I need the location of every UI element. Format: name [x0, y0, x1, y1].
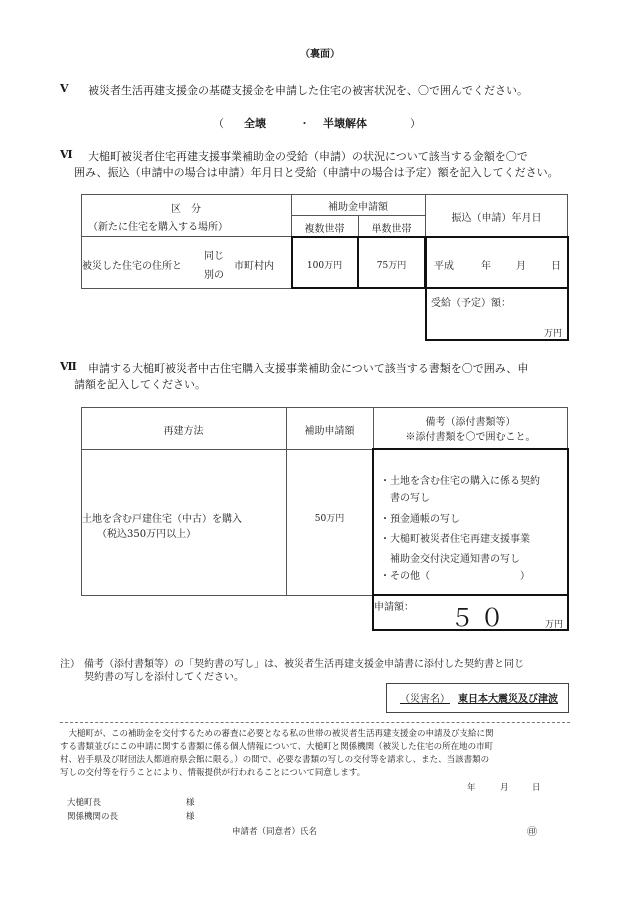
multi-amount: 100万円 [291, 258, 358, 271]
section-v-paren-open: （ [213, 115, 224, 131]
disaster-name: 東日本大震災及び津波 [458, 690, 558, 705]
option-separator: ・ [299, 115, 310, 131]
table-border [81, 288, 291, 289]
header-multi-household: 複数世帯 [291, 220, 358, 235]
received-unit: 万円 [544, 326, 562, 339]
apply-value: ５０ [450, 598, 510, 633]
addressee-mayor: 大槌町長 [67, 796, 101, 808]
consent-date-month: 月 [500, 781, 509, 793]
note-prefix: 注） [60, 655, 80, 670]
date-era: 平成 [434, 257, 454, 272]
apply-unit: 万円 [545, 617, 563, 630]
attachment-item-cont: 書の写し [380, 489, 430, 504]
section-vi-numeral: Ⅵ [60, 148, 73, 161]
date-year: 年 [481, 257, 491, 272]
consent-line2: する書類並びにこの申請に関する書類に係る個人情報について、大槌町と関係機関（被災… [60, 740, 493, 752]
header-method: 再建方法 [81, 422, 286, 437]
consent-date-year: 年 [467, 781, 476, 793]
note-line2: 契約書の写しを添付してください。 [84, 668, 244, 683]
attachment-item[interactable]: ・土地を含む住宅の購入に係る契約 [380, 472, 540, 487]
honorific-1: 様 [186, 796, 195, 808]
attachment-item[interactable]: ・大槌町被災者住宅再建支援事業 [380, 530, 530, 545]
header-category: 区 分 [81, 200, 291, 215]
date-month: 月 [516, 257, 526, 272]
option-hankai-kaitai[interactable]: 半壊解体 [323, 115, 367, 131]
consent-line4: 写しの交付等を行うことにより、情報提供が行われることについて同意します。 [60, 766, 365, 778]
attachment-item[interactable]: ・預金通帳の写し [380, 510, 460, 525]
header-single-household: 単数世帯 [358, 220, 425, 235]
row-label-suffix: 市町村内 [234, 257, 274, 272]
section-vii-numeral: Ⅶ [60, 360, 77, 373]
dashed-separator [60, 722, 570, 723]
disaster-label: （災害名） [400, 690, 450, 705]
page-label: （裏面） [300, 45, 340, 60]
header-amount: 補助申請額 [286, 422, 373, 437]
section-vi-line2: 囲み、振込（申請中の場合は申請）年月日と受給（申請中の場合は予定）額を記入してく… [74, 164, 559, 180]
method-text: 土地を含む戸建住宅（中古）を購入 [82, 510, 242, 525]
header-transfer-date: 振込（申請）年月日 [425, 209, 568, 224]
received-label: 受給（予定）額： [431, 294, 511, 309]
header-category-sub: （新たに住宅を購入する場所） [88, 218, 228, 233]
seal-icon: ㊞ [527, 823, 537, 838]
attachment-item-other[interactable]: ・その他（ ） [380, 567, 530, 582]
header-notes-sub: ※添付書類を〇で囲むこと。 [373, 428, 568, 443]
consent-line3: 村、岩手県及び財団法人都道府県会館に限る。）の間で、必要な書類の写しの交付等を請… [60, 753, 489, 765]
option-same[interactable]: 同じ [204, 247, 224, 262]
honorific-2: 様 [186, 810, 195, 822]
purchase-amount: 50万円 [286, 511, 373, 524]
consent-date-day: 日 [532, 781, 541, 793]
section-vi-line1: 大槌町被災者住宅再建支援事業補助金の受給（申請）の状況について該当する金額を〇で [88, 148, 528, 164]
applicant-label: 申請者（同意者）氏名 [232, 825, 317, 837]
section-v-paren-close: ） [410, 115, 421, 131]
section-v-numeral: Ⅴ [60, 82, 69, 95]
table-border [81, 449, 373, 450]
method-condition: （税込350万円以上） [97, 525, 196, 540]
applicant-name-field[interactable] [322, 822, 522, 836]
section-v-text: 被災者生活再建支援金の基礎支援金を申請した住宅の被害状況を、〇で囲んでください。 [88, 82, 528, 98]
date-day: 日 [551, 257, 561, 272]
single-amount: 75万円 [358, 258, 425, 271]
table-border [81, 595, 373, 596]
section-vii-line1: 申請する大槌町被災者中古住宅購入支援事業補助金について該当する書類を〇で囲み、申 [88, 360, 528, 376]
section-vii-line2: 請額を記入してください。 [74, 376, 206, 392]
option-different[interactable]: 別の [204, 266, 224, 281]
table-border [81, 407, 568, 408]
header-subsidy-amount: 補助金申請額 [291, 198, 425, 213]
table-border [81, 194, 568, 195]
row-label-prefix: 被災した住宅の住所と [82, 257, 182, 272]
header-notes: 備考（添付書類等） [373, 413, 568, 428]
apply-label: 申請額： [374, 598, 414, 613]
option-zenkai[interactable]: 全壊 [244, 115, 266, 131]
attachment-item-cont: 補助金交付決定通知書の写し [380, 550, 520, 565]
consent-line1: 大槌町が、この補助金を交付するための審査に必要となる私の世帯の被災者生活再建支援… [60, 727, 494, 739]
addressee-agency: 関係機関の長 [67, 810, 118, 822]
